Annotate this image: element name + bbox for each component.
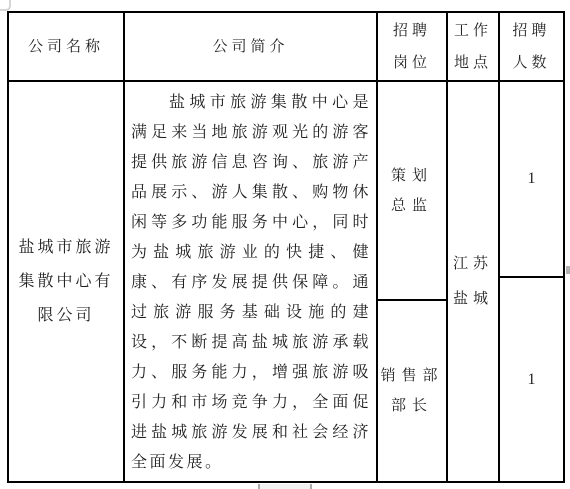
header-cell-position: 招聘 岗位 [376, 11, 448, 82]
header-label-headcount: 招聘 人数 [512, 15, 550, 79]
headcount-1-value: 1 [528, 170, 536, 188]
header-label-position: 招聘 岗位 [393, 15, 431, 79]
header-label-company-intro: 公司简介 [212, 31, 288, 63]
header-cell-company-name: 公司名称 [7, 11, 125, 82]
header-cell-company-intro: 公司简介 [123, 11, 378, 82]
header-cell-headcount: 招聘 人数 [498, 11, 565, 82]
scrollbar-fragment-bottom[interactable] [258, 484, 312, 489]
cell-position-2: 销售部 部长 [376, 299, 448, 483]
corner-ui-fragment [0, 0, 11, 11]
company-intro-text: 盐城市旅游集散中心是满足来当地旅游观光的游客提供旅游信息咨询、旅游产品展示、游人… [125, 86, 376, 478]
location-text: 江苏 盐城 [453, 247, 493, 317]
cell-headcount-2: 1 [498, 276, 565, 483]
scrollbar-fragment-right[interactable] [566, 266, 570, 274]
document-page: 公司名称 公司简介 招聘 岗位 工作 地点 招聘 人数 盐城市旅游 集散中心有 … [0, 0, 570, 489]
cell-headcount-1: 1 [498, 80, 565, 278]
cell-location: 江苏 盐城 [446, 80, 500, 483]
cell-company-name: 盐城市旅游 集散中心有 限公司 [7, 80, 125, 483]
position-1-title: 策划 总监 [391, 161, 433, 221]
header-label-location: 工作 地点 [454, 15, 492, 79]
header-label-company-name: 公司名称 [28, 31, 104, 63]
company-name-text: 盐城市旅游 集散中心有 限公司 [18, 231, 113, 333]
headcount-2-value: 1 [528, 371, 536, 389]
cell-position-1: 策划 总监 [376, 80, 448, 301]
cell-company-intro: 盐城市旅游集散中心是满足来当地旅游观光的游客提供旅游信息咨询、旅游产品展示、游人… [123, 80, 378, 483]
header-cell-location: 工作 地点 [446, 11, 500, 82]
position-2-title: 销售部 部长 [380, 361, 443, 421]
